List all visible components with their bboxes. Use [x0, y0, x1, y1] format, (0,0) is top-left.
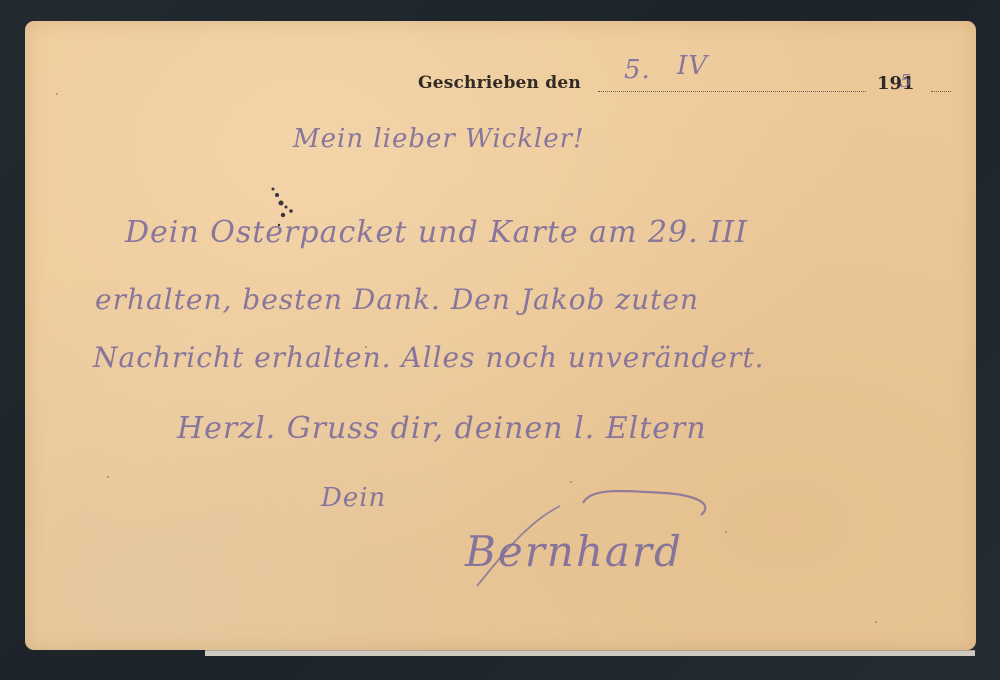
handwritten-line-4: Herzl. Gruss dir, deinen l. Eltern: [177, 411, 707, 446]
paper-speck: [107, 476, 109, 478]
handwritten-line-1: Dein Osterpacket und Karte am 29. III: [125, 215, 748, 250]
handwritten-date-day: 5.: [624, 55, 651, 85]
printed-label: Geschrieben den: [418, 73, 581, 93]
paper-speck: [875, 621, 877, 623]
paper-speck: [725, 531, 727, 533]
handwritten-date-month: IV: [677, 51, 708, 81]
dotted-rule: [598, 91, 866, 92]
handwritten-signature: Bernhard: [465, 527, 683, 576]
underlying-paper-strip: [205, 650, 975, 656]
postcard: Geschrieben den 191 5. IV 5 Mein lieber …: [25, 21, 976, 650]
paper-speck: [56, 93, 58, 95]
handwritten-salutation: Mein lieber Wickler!: [293, 124, 585, 154]
handwritten-line-2: erhalten, besten Dank. Den Jakob zuten: [95, 283, 699, 316]
dotted-rule: [931, 91, 951, 92]
handwritten-line-3: Nachricht erhalten. Alles noch unverände…: [93, 341, 764, 374]
handwritten-year-digit: 5: [900, 71, 912, 92]
paper-speck: [570, 481, 572, 483]
handwritten-closing: Dein: [321, 483, 386, 513]
